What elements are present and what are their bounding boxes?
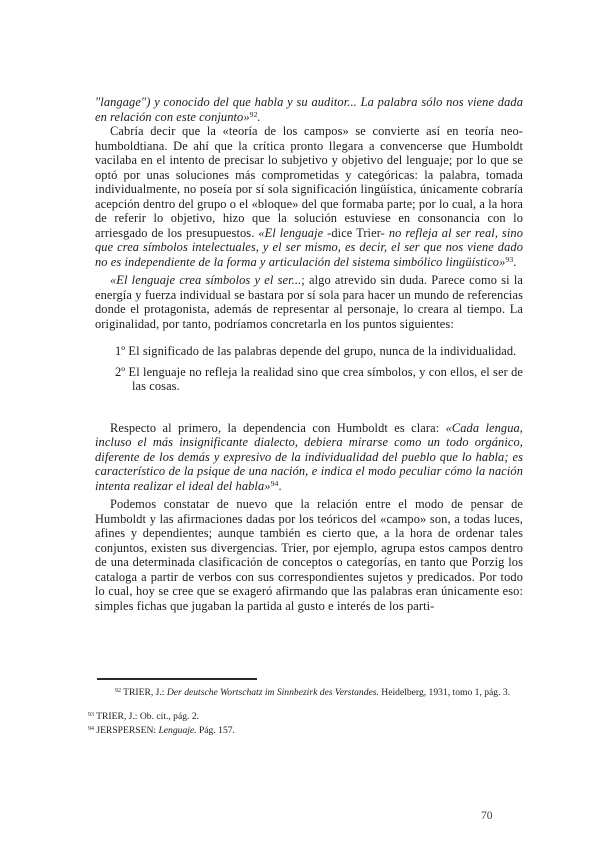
footnote: 94 JERSPERSEN: Lenguaje. Pág. 157. xyxy=(88,725,521,736)
page-number: 70 xyxy=(481,810,493,822)
paragraph: Podemos constatar de nuevo que la relaci… xyxy=(95,497,523,613)
footnote-reference: 94 xyxy=(271,479,279,488)
footnote-number: 92 xyxy=(115,688,121,694)
footnote-number: 93 xyxy=(88,712,94,718)
paragraph: Cabría decir que la «teoría de los campo… xyxy=(95,124,523,269)
paragraph: Respecto al primero, la dependencia con … xyxy=(95,421,523,494)
document-page: "langage") y conocido del que habla y su… xyxy=(0,0,599,848)
list-item: 1º El significado de las palabras depend… xyxy=(132,344,523,359)
footnote: 92 TRIER, J.: Der deutsche Wortschatz im… xyxy=(88,687,521,698)
footnote: 93 TRIER, J.: Ob. cit., pág. 2. xyxy=(88,711,521,722)
paragraph: "langage") y conocido del que habla y su… xyxy=(95,95,523,124)
footnote-reference: 92 xyxy=(250,110,258,119)
footnote-separator xyxy=(97,678,257,680)
footnote-number: 94 xyxy=(88,726,94,732)
body-text: "langage") y conocido del que habla y su… xyxy=(95,95,523,613)
paragraph: «El lenguaje crea símbolos y el ser...; … xyxy=(95,273,523,331)
footnote-reference: 93 xyxy=(505,255,513,264)
list-item: 2º El lenguaje no refleja la realidad si… xyxy=(132,365,523,394)
footnote-list: 92 TRIER, J.: Der deutsche Wortschatz im… xyxy=(88,687,521,736)
